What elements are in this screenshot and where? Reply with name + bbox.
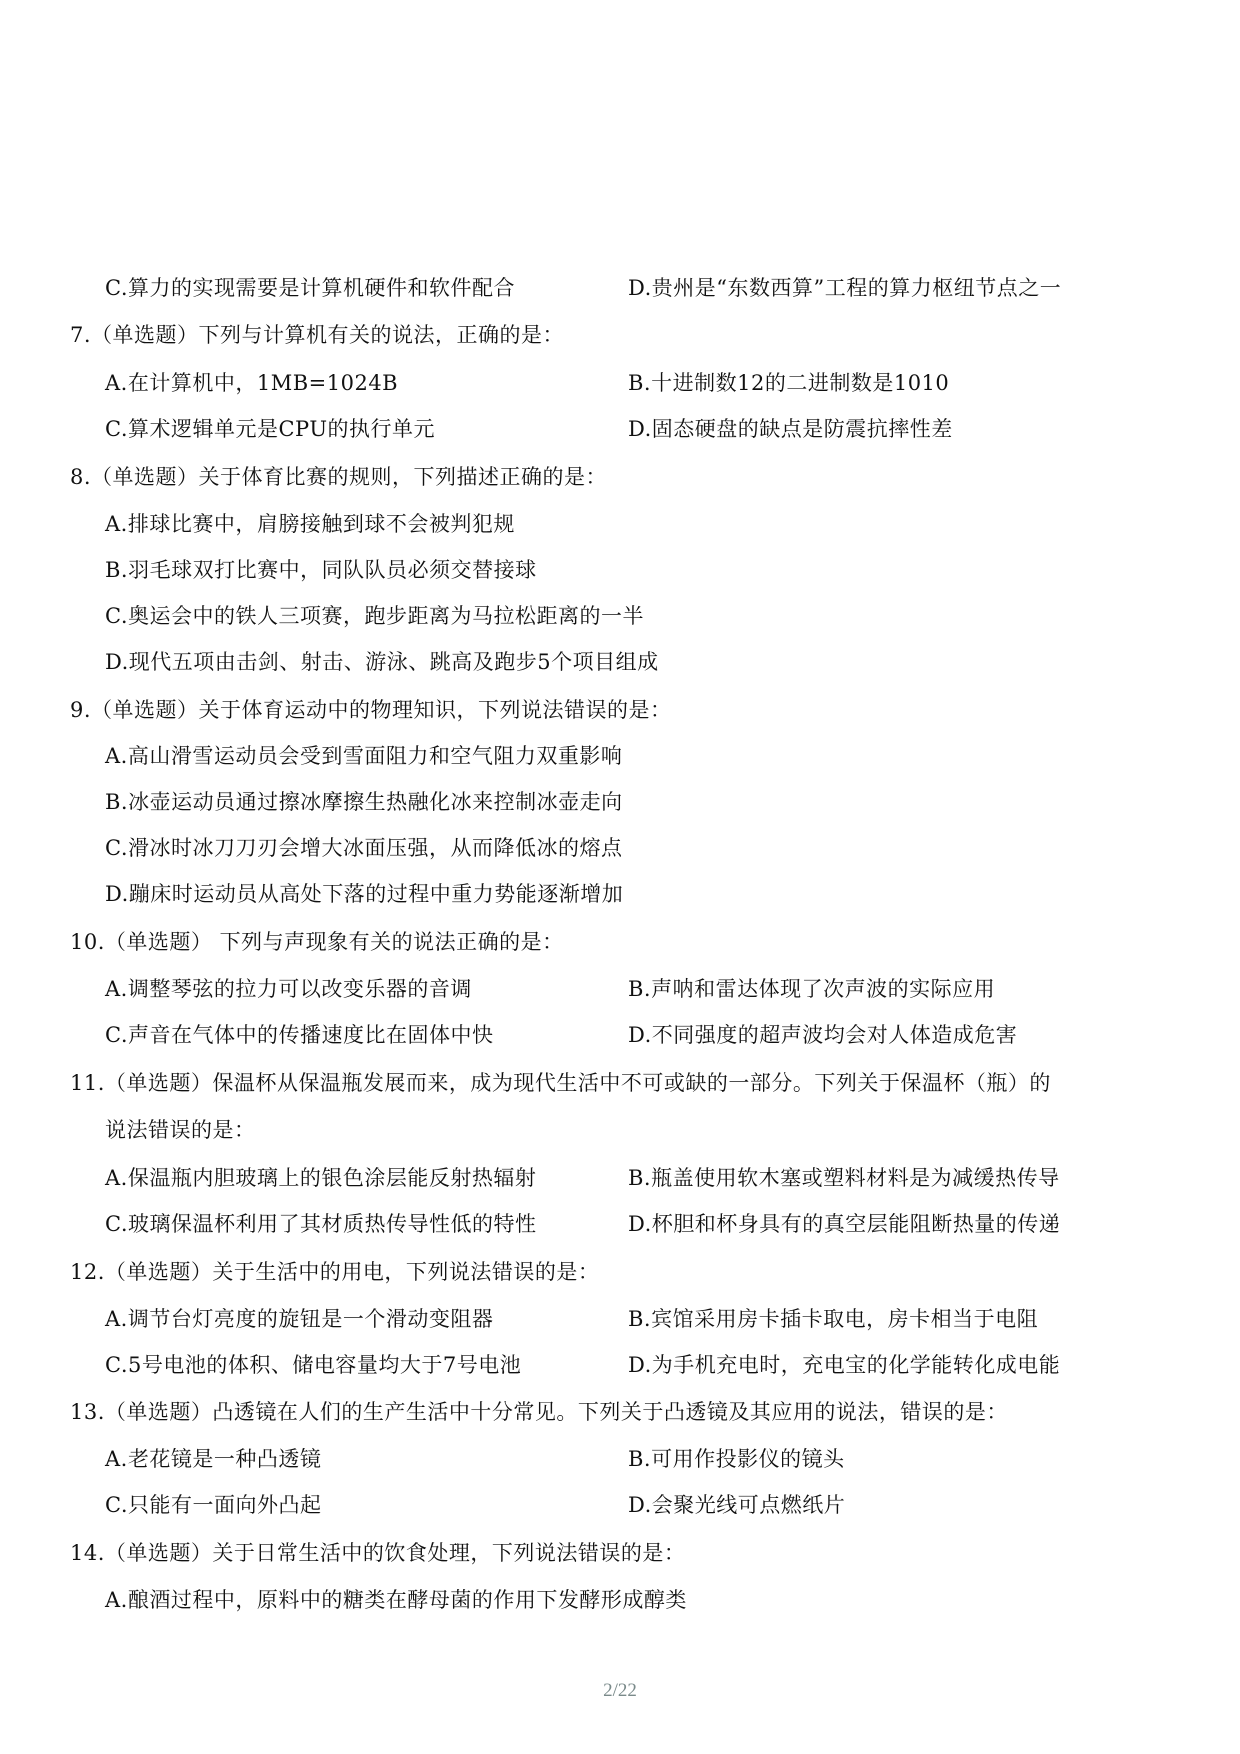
q13-option-b: B.可用作投影仪的镜头 [628,1446,845,1472]
q12-option-a: A.调节台灯亮度的旋钮是一个滑动变阻器 [105,1306,493,1332]
q7-stem: 7.（单选题）下列与计算机有关的说法，正确的是： [70,322,564,348]
q13-option-d: D.会聚光线可点燃纸片 [628,1492,845,1518]
q12-option-c: C.5号电池的体积、储电容量均大于7号电池 [105,1352,521,1378]
q7-option-d: D.固态硬盘的缺点是防震抗摔性差 [628,416,953,442]
q9-option-b: B.冰壶运动员通过擦冰摩擦生热融化冰来控制冰壶走向 [105,789,623,815]
q9-option-c: C.滑冰时冰刀刀刃会增大冰面压强，从而降低冰的熔点 [105,835,623,861]
q6-option-c: C.算力的实现需要是计算机硬件和软件配合 [105,275,515,301]
q8-option-d: D.现代五项由击剑、射击、游泳、跳高及跑步5个项目组成 [105,649,659,675]
q8-option-a: A.排球比赛中，肩膀接触到球不会被判犯规 [105,511,515,537]
q11-option-c: C.玻璃保温杯利用了其材质热传导性低的特性 [105,1211,537,1237]
q9-stem: 9.（单选题）关于体育运动中的物理知识，下列说法错误的是： [70,697,672,723]
q11-option-d: D.杯胆和杯身具有的真空层能阻断热量的传递 [628,1211,1060,1237]
q8-option-c: C.奥运会中的铁人三项赛，跑步距离为马拉松距离的一半 [105,603,644,629]
q7-option-a: A.在计算机中，1MB=1024B [105,370,398,396]
q10-stem: 10.（单选题） 下列与声现象有关的说法正确的是： [70,929,564,955]
q12-option-b: B.宾馆采用房卡插卡取电，房卡相当于电阻 [628,1306,1038,1332]
q14-stem: 14.（单选题）关于日常生活中的饮食处理，下列说法错误的是： [70,1540,685,1566]
q7-option-c: C.算术逻辑单元是CPU的执行单元 [105,416,435,442]
q8-option-b: B.羽毛球双打比赛中，同队队员必须交替接球 [105,557,537,583]
q6-option-d: D.贵州是“东数西算”工程的算力枢纽节点之一 [628,275,1061,301]
q10-option-d: D.不同强度的超声波均会对人体造成危害 [628,1022,1017,1048]
q9-option-d: D.蹦床时运动员从高处下落的过程中重力势能逐渐增加 [105,881,623,907]
q7-option-b: B.十进制数12的二进制数是1010 [628,370,949,396]
page-number: 2/22 [0,1680,1240,1702]
q10-option-b: B.声呐和雷达体现了次声波的实际应用 [628,976,995,1002]
q12-option-d: D.为手机充电时，充电宝的化学能转化成电能 [628,1352,1060,1378]
q13-option-c: C.只能有一面向外凸起 [105,1492,322,1518]
q13-option-a: A.老花镜是一种凸透镜 [105,1446,321,1472]
q8-stem: 8.（单选题）关于体育比赛的规则，下列描述正确的是： [70,464,607,490]
q11-option-b: B.瓶盖使用软木塞或塑料材料是为减缓热传导 [628,1165,1060,1191]
q9-option-a: A.高山滑雪运动员会受到雪面阻力和空气阻力双重影响 [105,743,622,769]
q13-stem: 13.（单选题）凸透镜在人们的生产生活中十分常见。下列关于凸透镜及其应用的说法，… [70,1399,1008,1425]
q11-stem-continued: 说法错误的是： [105,1117,256,1143]
q11-option-a: A.保温瓶内胆玻璃上的银色涂层能反射热辐射 [105,1165,536,1191]
q10-option-c: C.声音在气体中的传播速度比在固体中快 [105,1022,494,1048]
q10-option-a: A.调整琴弦的拉力可以改变乐器的音调 [105,976,472,1002]
q12-stem: 12.（单选题）关于生活中的用电，下列说法错误的是： [70,1259,599,1285]
q11-stem: 11.（单选题）保温杯从保温瓶发展而来，成为现代生活中不可或缺的一部分。下列关于… [70,1070,1051,1096]
q14-option-a: A.酿酒过程中，原料中的糖类在酵母菌的作用下发酵形成醇类 [105,1587,687,1613]
